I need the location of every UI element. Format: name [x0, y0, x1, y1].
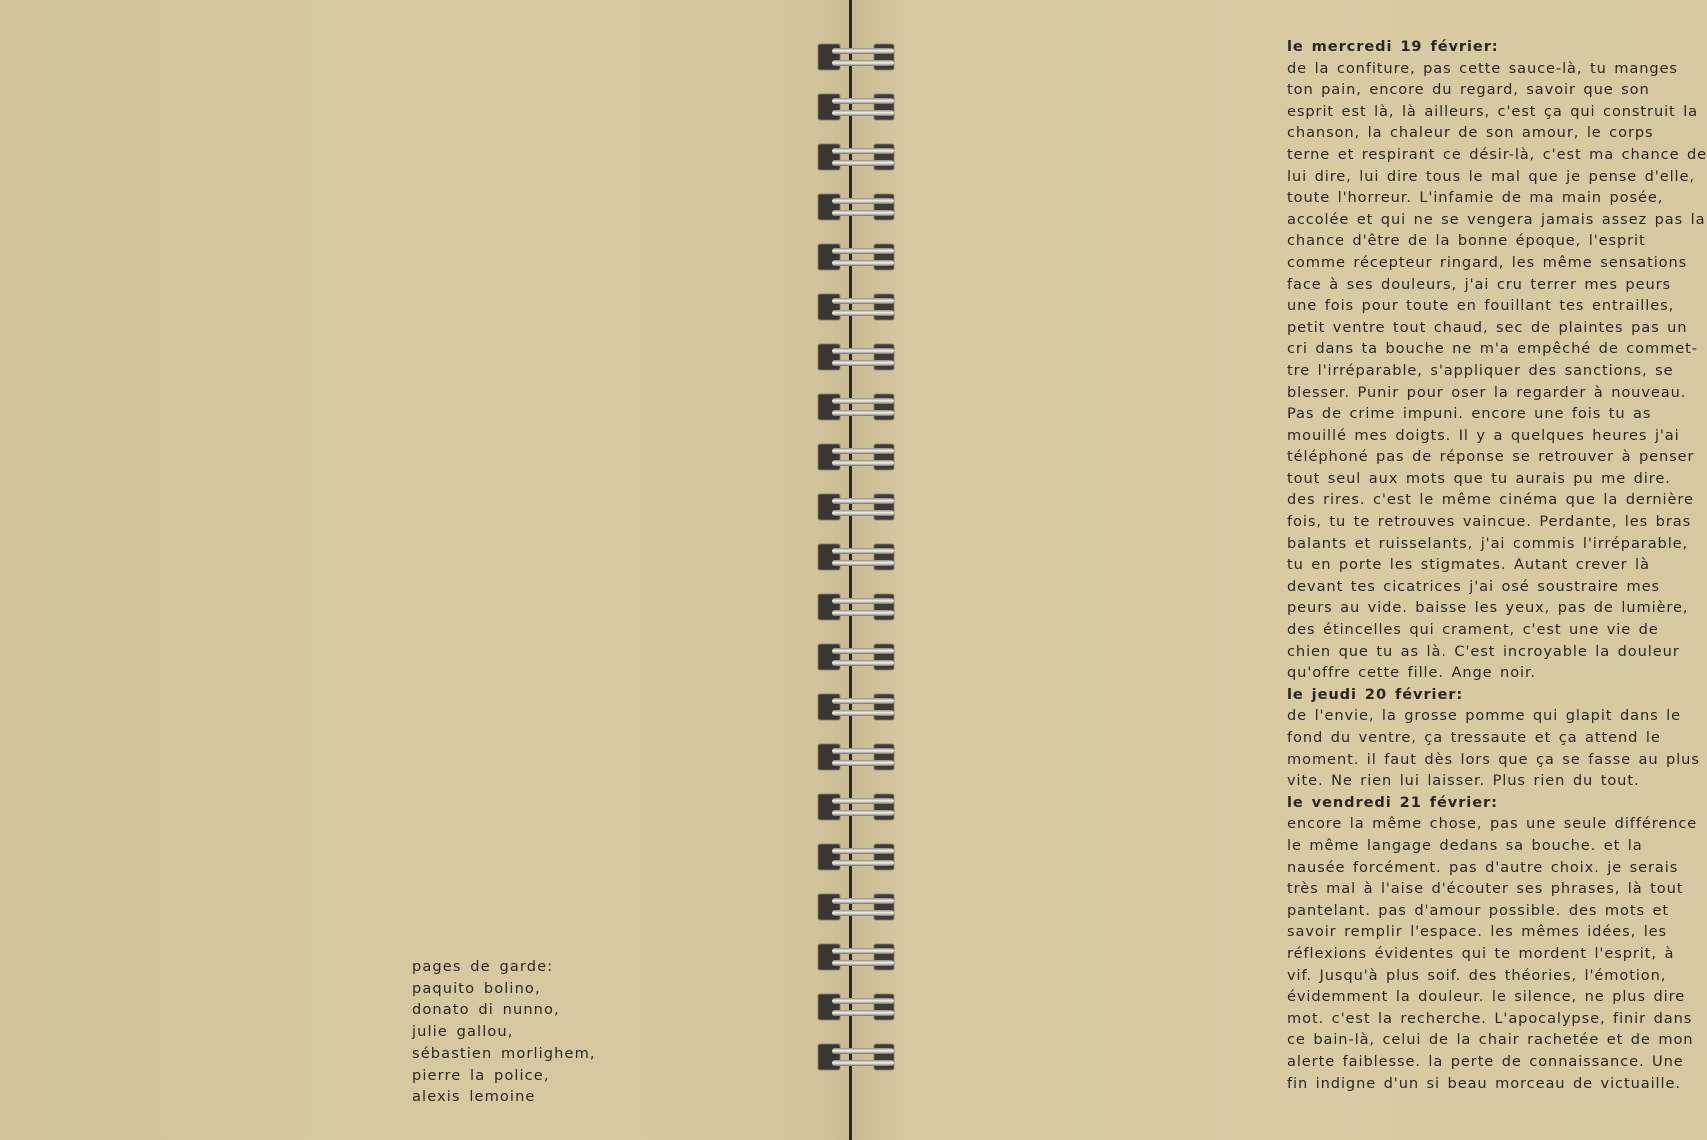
wire-loop: [832, 110, 894, 116]
wire-loop: [832, 48, 894, 54]
wire-loop: [832, 498, 894, 504]
entry-line: des rires. c'est le même cinéma que la d…: [1287, 489, 1687, 511]
entry-line: accolée et qui ne se vengera jamais asse…: [1287, 209, 1687, 231]
entry-line: blesser. Punir pour oser la regarder à n…: [1287, 382, 1687, 404]
entry-line: qu'offre cette fille. Ange noir.: [1287, 662, 1687, 684]
journal-text: le mercredi 19 février:de la confiture, …: [1287, 36, 1687, 1094]
entry-line: savoir remplir l'espace. les mêmes idées…: [1287, 921, 1687, 943]
spiral-ring: [818, 292, 894, 322]
credits-block: pages de garde:paquito bolino,donato di …: [412, 956, 596, 1108]
spiral-ring: [818, 692, 894, 722]
wire-loop: [832, 660, 894, 666]
wire-loop: [832, 948, 894, 954]
spiral-ring: [818, 392, 894, 422]
wire-loop: [832, 910, 894, 916]
wire-loop: [832, 1010, 894, 1016]
entry-line: terne et respirant ce désir-là, c'est ma…: [1287, 144, 1687, 166]
wire-loop: [832, 348, 894, 354]
wire-loop: [832, 648, 894, 654]
wire-loop: [832, 810, 894, 816]
wire-loop: [832, 248, 894, 254]
entry-line: chance d'être de la bonne époque, l'espr…: [1287, 230, 1687, 252]
spiral-ring: [818, 742, 894, 772]
credit-name: donato di nunno,: [412, 999, 596, 1021]
entry-line: fond du ventre, ça tressaute et ça atten…: [1287, 727, 1687, 749]
entry-line: alerte faiblesse. la perte de connaissan…: [1287, 1051, 1687, 1073]
wire-loop: [832, 510, 894, 516]
entry-line: pantelant. pas d'amour possible. des mot…: [1287, 900, 1687, 922]
wire-loop: [832, 610, 894, 616]
entry-line: tre l'irréparable, s'appliquer des sanct…: [1287, 360, 1687, 382]
entry-line: ce bain-là, celui de la chair rachetée e…: [1287, 1029, 1687, 1051]
wire-loop: [832, 598, 894, 604]
wire-loop: [832, 298, 894, 304]
wire-loop: [832, 198, 894, 204]
wire-loop: [832, 698, 894, 704]
entry-line: cri dans ta bouche ne m'a empêché de com…: [1287, 338, 1687, 360]
spiral-ring: [818, 142, 894, 172]
entry-line: toute l'horreur. L'infamie de ma main po…: [1287, 187, 1687, 209]
entry-line: vif. Jusqu'à plus soif. des théories, l'…: [1287, 965, 1687, 987]
entry-line: mot. c'est la recherche. L'apocalypse, f…: [1287, 1008, 1687, 1030]
spiral-ring: [818, 192, 894, 222]
entry-line: évidemment la douleur. le silence, ne pl…: [1287, 986, 1687, 1008]
wire-loop: [832, 710, 894, 716]
wire-loop: [832, 548, 894, 554]
wire-loop: [832, 860, 894, 866]
wire-loop: [832, 410, 894, 416]
spiral-ring: [818, 842, 894, 872]
wire-loop: [832, 360, 894, 366]
spiral-ring: [818, 442, 894, 472]
entry-line: lui dire, lui dire tous le mal que je pe…: [1287, 166, 1687, 188]
wire-loop: [832, 560, 894, 566]
wire-loop: [832, 398, 894, 404]
spiral-ring: [818, 992, 894, 1022]
entry-line: fin indigne d'un si beau morceau de vict…: [1287, 1073, 1687, 1095]
entry-line: Pas de crime impuni. encore une fois tu …: [1287, 403, 1687, 425]
entry-line: le même langage dedans sa bouche. et la: [1287, 835, 1687, 857]
wire-loop: [832, 460, 894, 466]
credits-heading: pages de garde:: [412, 956, 596, 978]
credit-name: sébastien morlighem,: [412, 1043, 596, 1065]
entry-line: peurs au vide. baisse les yeux, pas de l…: [1287, 597, 1687, 619]
credit-name: pierre la police,: [412, 1065, 596, 1087]
entry-date: le vendredi 21 février:: [1287, 792, 1687, 814]
entry-line: mouillé mes doigts. Il y a quelques heur…: [1287, 425, 1687, 447]
entry-line: nausée forcément. pas d'autre choix. je …: [1287, 857, 1687, 879]
entry-line: ton pain, encore du regard, savoir que s…: [1287, 79, 1687, 101]
spiral-ring: [818, 792, 894, 822]
entry-line: face à ses douleurs, j'ai cru terrer mes…: [1287, 274, 1687, 296]
entry-line: une fois pour toute en fouillant tes ent…: [1287, 295, 1687, 317]
entry-line: petit ventre tout chaud, sec de plaintes…: [1287, 317, 1687, 339]
wire-loop: [832, 98, 894, 104]
wire-loop: [832, 148, 894, 154]
spiral-ring: [818, 892, 894, 922]
wire-loop: [832, 210, 894, 216]
spiral-ring: [818, 242, 894, 272]
wire-loop: [832, 960, 894, 966]
wire-loop: [832, 260, 894, 266]
credit-name: paquito bolino,: [412, 978, 596, 1000]
wire-loop: [832, 760, 894, 766]
wire-loop: [832, 60, 894, 66]
wire-loop: [832, 798, 894, 804]
spiral-ring: [818, 542, 894, 572]
entry-line: vite. Ne rien lui laisser. Plus rien du …: [1287, 770, 1687, 792]
wire-loop: [832, 448, 894, 454]
entry-line: esprit est là, là ailleurs, c'est ça qui…: [1287, 101, 1687, 123]
entry-line: des étincelles qui crament, c'est une vi…: [1287, 619, 1687, 641]
entry-line: balants et ruisselants, j'ai commis l'ir…: [1287, 533, 1687, 555]
spiral-ring: [818, 342, 894, 372]
entry-date: le mercredi 19 février:: [1287, 36, 1687, 58]
spiral-ring: [818, 492, 894, 522]
spiral-ring: [818, 942, 894, 972]
wire-loop: [832, 160, 894, 166]
wire-loop: [832, 748, 894, 754]
entry-line: réflexions évidentes qui te mordent l'es…: [1287, 943, 1687, 965]
spiral-ring: [818, 1042, 894, 1072]
wire-loop: [832, 1060, 894, 1066]
entry-line: encore la même chose, pas une seule diff…: [1287, 813, 1687, 835]
wire-loop: [832, 998, 894, 1004]
wire-loop: [832, 1048, 894, 1054]
entry-line: téléphoné pas de réponse se retrouver à …: [1287, 446, 1687, 468]
entry-line: moment. il faut dès lors que ça se fasse…: [1287, 749, 1687, 771]
entry-line: tu en porte les stigmates. Autant crever…: [1287, 554, 1687, 576]
left-page: pages de garde:paquito bolino,donato di …: [0, 0, 851, 1140]
entry-line: fois, tu te retrouves vaincue. Perdante,…: [1287, 511, 1687, 533]
entry-line: de la confiture, pas cette sauce-là, tu …: [1287, 58, 1687, 80]
spiral-ring: [818, 592, 894, 622]
credit-name: alexis lemoine: [412, 1086, 596, 1108]
entry-line: chanson, la chaleur de son amour, le cor…: [1287, 122, 1687, 144]
entry-line: comme récepteur ringard, les même sensat…: [1287, 252, 1687, 274]
entry-line: chien que tu as là. C'est incroyable la …: [1287, 641, 1687, 663]
entry-line: tout seul aux mots que tu aurais pu me d…: [1287, 468, 1687, 490]
entry-line: très mal à l'aise d'écouter ses phrases,…: [1287, 878, 1687, 900]
wire-loop: [832, 898, 894, 904]
spiral-ring: [818, 92, 894, 122]
wire-loop: [832, 310, 894, 316]
wire-loop: [832, 848, 894, 854]
credit-name: julie gallou,: [412, 1021, 596, 1043]
spiral-ring: [818, 42, 894, 72]
entry-date: le jeudi 20 février:: [1287, 684, 1687, 706]
entry-line: devant tes cicatrices j'ai osé soustrair…: [1287, 576, 1687, 598]
spiral-ring: [818, 642, 894, 672]
entry-line: de l'envie, la grosse pomme qui glapit d…: [1287, 705, 1687, 727]
